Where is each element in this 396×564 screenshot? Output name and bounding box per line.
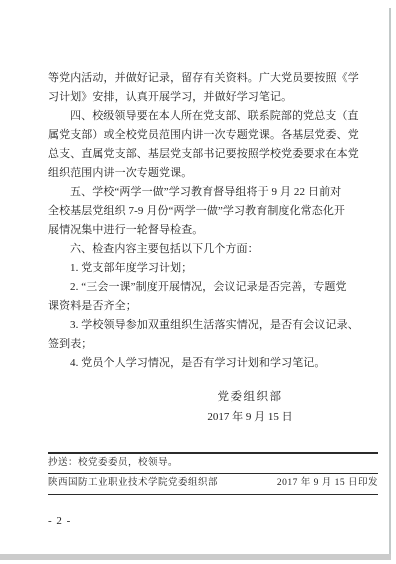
body-line: 1. 党支部年度学习计划； [48,259,356,278]
scan-edge-right [389,8,391,557]
body-line: 课资料是否齐全； [48,297,356,316]
body-line: 五、学校“两学一做”学习教育督导组将于 9 月 22 日前对 [48,183,356,202]
page-number: - 2 - [48,513,71,529]
body-line: 总支、直属党支部、基层党支部书记要按照学校党委要求在本党 [48,145,356,164]
body-line: 2. “三会一课”制度开展情况，会议记录是否完善，专题党 [48,278,356,297]
imprint-block: 抄送：校党委委员，校领导。 陕西国防工业职业技术学院党委组织部 2017 年 9… [48,452,378,495]
body-line: 签到表； [48,335,356,354]
body-line: 四、校级领导要在本人所在党支部、联系院部的党总支（直 [48,107,356,126]
body-line: 展情况集中进行一轮督导检查。 [48,221,356,240]
body-line: 属党支部）或全校党员范围内讲一次专题党课。各基层党委、党 [48,126,356,145]
body-line: 组织范围内讲一次专题党课。 [48,164,356,183]
body-line: 六、检查内容主要包括以下几个方面： [48,240,356,259]
document-page: 等党内活动，并做好记录，留存有关资料。广大党员要按照《学 习计划》安排，认真开展… [0,0,396,564]
body-line: 4. 党员个人学习情况，是否有学习计划和学习笔记。 [48,354,356,373]
body-line: 3. 学校领导参加双重组织生活落实情况，是否有会议记录、 [48,316,356,335]
imprint-rule-bottom [48,494,378,496]
imprint-issue-date: 2017 年 9 月 15 日印发 [277,474,378,494]
signature-org: 党委组织部 [150,388,350,407]
body-line: 习计划》安排，认真开展学习，并做好学习笔记。 [48,88,356,107]
body-line: 全校基层党组织 7-9 月份“两学一做”学习教育制度化常态化开 [48,202,356,221]
document-body: 等党内活动，并做好记录，留存有关资料。广大党员要按照《学 习计划》安排，认真开展… [48,69,356,373]
scan-edge-bottom [0,554,391,560]
imprint-issuer: 陕西国防工业职业技术学院党委组织部 [48,474,218,494]
imprint-issue-row: 陕西国防工业职业技术学院党委组织部 2017 年 9 月 15 日印发 [48,474,378,494]
signature-date: 2017 年 9 月 15 日 [150,408,350,427]
body-line: 等党内活动，并做好记录，留存有关资料。广大党员要按照《学 [48,69,356,88]
imprint-cc-line: 抄送：校党委委员，校领导。 [48,454,378,474]
